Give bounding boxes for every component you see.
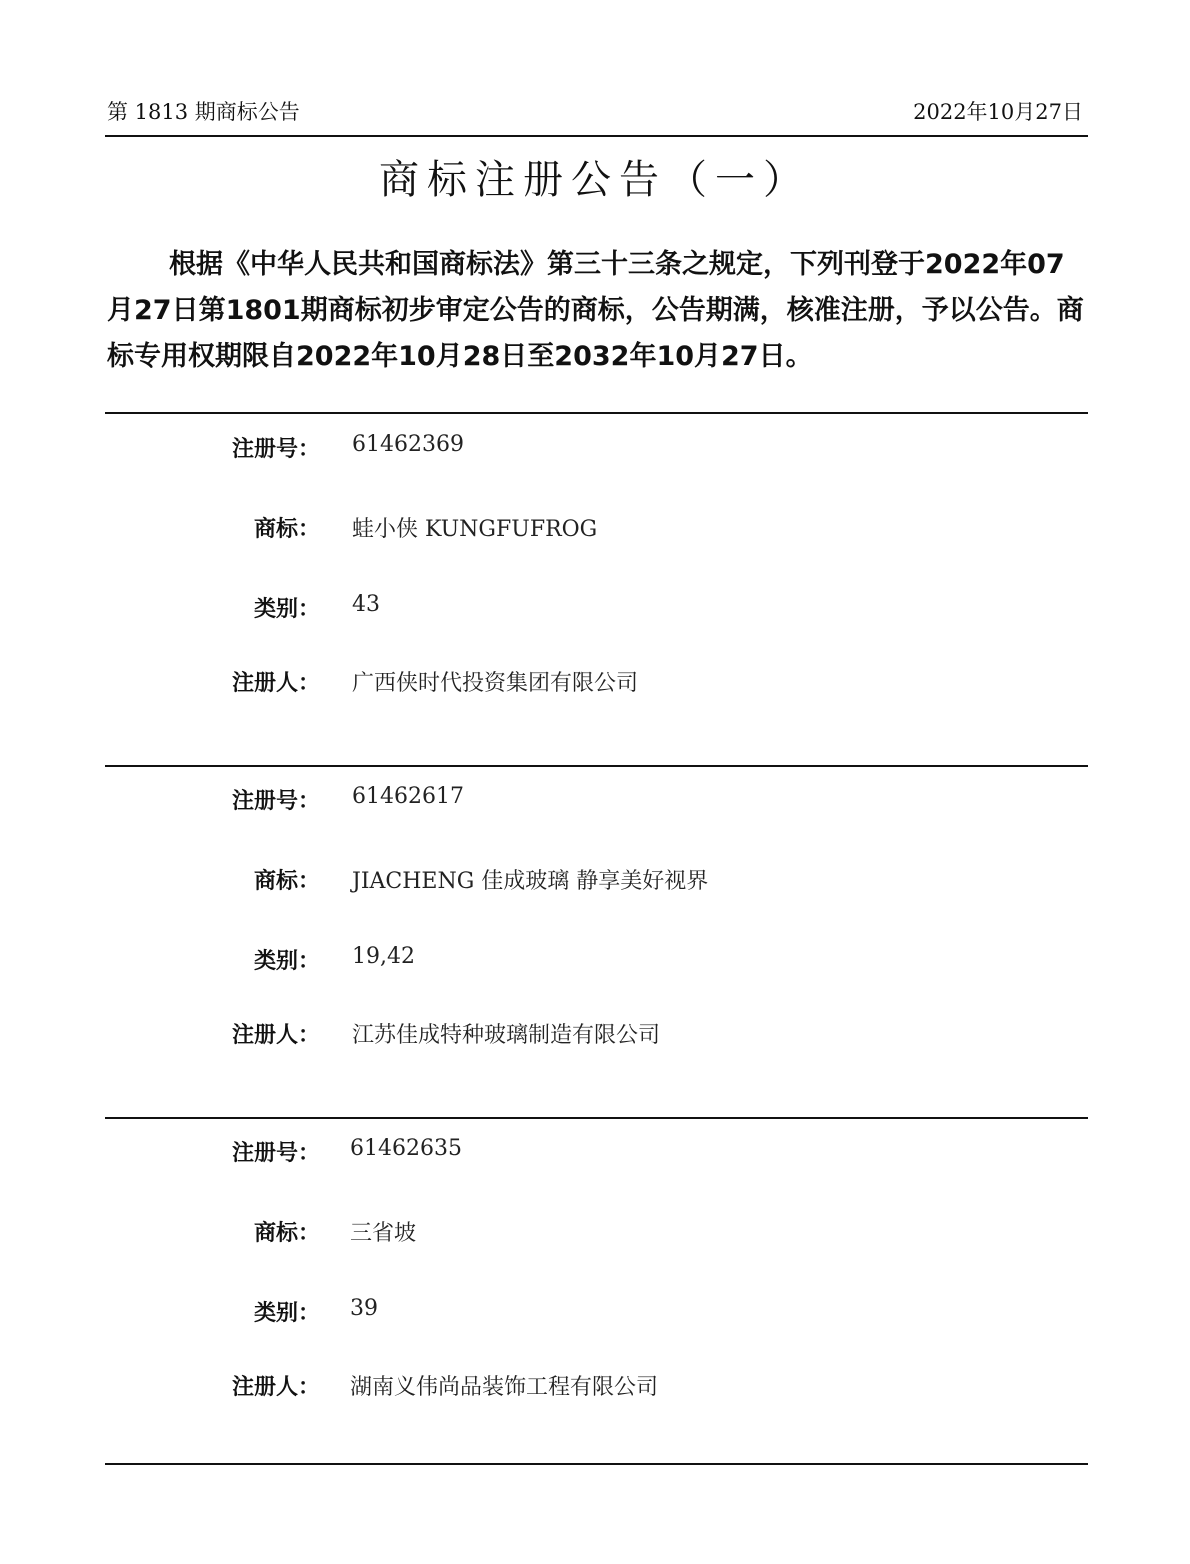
header-issue: 第 1813 期商标公告: [107, 96, 300, 126]
value-mark: 三省坡: [350, 1216, 416, 1247]
label-reg-no: 注册号：: [0, 784, 320, 815]
value-reg-no: 61462617: [352, 784, 464, 809]
label-reg-no: 注册号：: [0, 1136, 320, 1167]
label-mark: 商标：: [0, 864, 320, 895]
header-rule: [105, 135, 1088, 137]
label-reg-no: 注册号：: [0, 432, 320, 463]
label-registrant: 注册人：: [0, 666, 320, 697]
label-mark: 商标：: [0, 512, 320, 543]
value-registrant: 广西侠时代投资集团有限公司: [352, 666, 638, 697]
value-class: 39: [350, 1296, 378, 1321]
label-class: 类别：: [0, 944, 320, 975]
value-reg-no: 61462369: [352, 432, 464, 457]
label-class: 类别：: [0, 1296, 320, 1327]
entry-divider: [105, 765, 1088, 767]
entry-divider: [105, 1117, 1088, 1119]
label-mark: 商标：: [0, 1216, 320, 1247]
value-class: 19,42: [352, 944, 415, 969]
page-title: 商标注册公告（一）: [0, 148, 1190, 205]
intro-paragraph: 根据《中华人民共和国商标法》第三十三条之规定，下列刊登于2022年07月27日第…: [107, 242, 1085, 380]
value-registrant: 江苏佳成特种玻璃制造有限公司: [352, 1018, 660, 1049]
value-mark: JIACHENG 佳成玻璃 静享美好视界: [352, 864, 708, 895]
entry-divider: [105, 412, 1088, 414]
label-class: 类别：: [0, 592, 320, 623]
value-reg-no: 61462635: [350, 1136, 462, 1161]
footer-rule: [105, 1463, 1088, 1465]
label-registrant: 注册人：: [0, 1018, 320, 1049]
header-date: 2022年10月27日: [913, 96, 1083, 126]
value-registrant: 湖南义伟尚品装饰工程有限公司: [350, 1370, 658, 1401]
value-mark: 蛙小侠 KUNGFUFROG: [352, 512, 597, 543]
value-class: 43: [352, 592, 380, 617]
label-registrant: 注册人：: [0, 1370, 320, 1401]
